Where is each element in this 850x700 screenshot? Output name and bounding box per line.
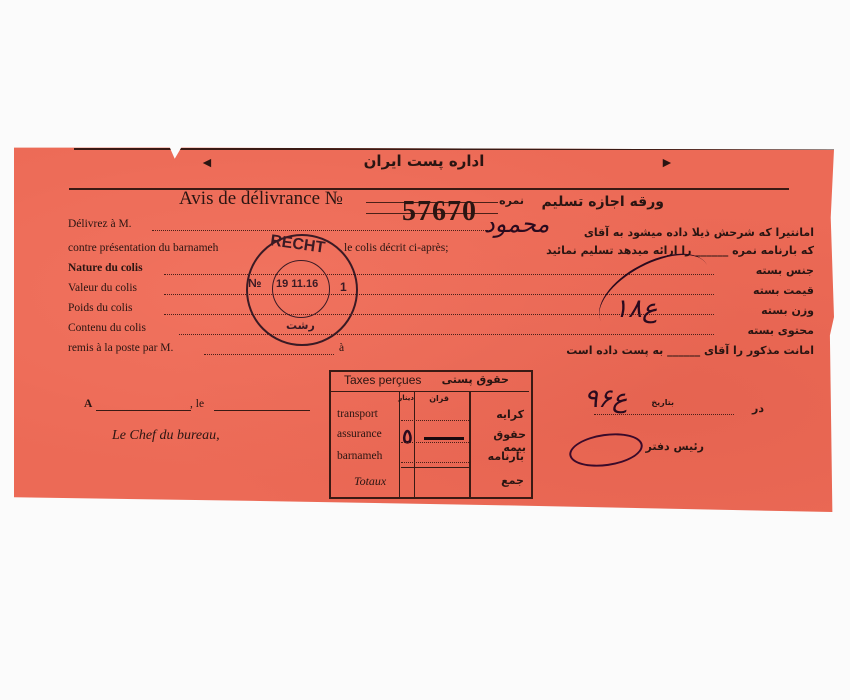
handwritten-weight: ۱۸ع <box>614 294 657 324</box>
tax-row-label: assurance <box>337 428 382 440</box>
fa-field-3: قیمت بسته <box>714 284 814 297</box>
handwritten-date: ۹۶ع <box>584 384 627 414</box>
fa-field-5: محتوی بسته <box>714 324 814 337</box>
col-dinar: دینار <box>400 394 414 402</box>
field-line <box>152 230 492 231</box>
fa-date-prefix: در <box>734 402 764 415</box>
taxes-title: Taxes perçues <box>344 373 421 387</box>
taxes-header-rule <box>331 391 529 392</box>
tax-row-label-persian: بارنامه <box>474 450 524 463</box>
postmark-no: № <box>248 276 261 290</box>
fa-field-4: وزن بسته <box>714 304 814 317</box>
col-kran: قران <box>419 394 449 403</box>
fa-field-2: جنس بسته <box>714 264 814 277</box>
date-line <box>214 410 310 411</box>
form-title: Avis de délivrance № <box>179 188 343 210</box>
field-barnameh: contre présentation du barnameh <box>68 242 218 254</box>
top-rule <box>74 148 834 150</box>
field-valeur: Valeur du colis <box>68 282 137 294</box>
date-le: , le <box>190 398 204 410</box>
col-rule <box>469 392 471 497</box>
field-remis: remis à la poste par M. <box>68 342 173 354</box>
a-label: à <box>339 342 344 354</box>
number-label-persian: نمره <box>484 194 524 207</box>
title-persian: ورقه اجازه تسلیم <box>534 194 664 210</box>
col-rule <box>399 392 400 497</box>
tax-assurance-kran <box>424 437 464 440</box>
place-a: A <box>84 398 92 410</box>
tax-line <box>401 462 469 463</box>
field-delivrez: Délivrez à M. <box>68 218 132 230</box>
tax-line <box>401 420 469 421</box>
fa-field-6: امانت مذکور را آقای ______ به پست داده ا… <box>454 344 814 357</box>
header-persian: اداره پست ایران <box>14 152 834 170</box>
tax-row-label: Totaux <box>354 474 386 489</box>
signature-scrawl <box>567 429 645 471</box>
col-rule <box>414 392 415 497</box>
field-poids: Poids du colis <box>68 302 133 314</box>
fa-field-0: امانتیرا که شرحش ذیلا داده میشود به آقای <box>514 226 814 239</box>
field-line <box>204 354 334 355</box>
handwritten-recipient: محمود <box>484 210 549 238</box>
tax-row-label: transport <box>337 408 378 420</box>
postal-form: ◄ ► اداره پست ایران Avis de délivrance №… <box>14 144 834 512</box>
colis-decrit: le colis décrit ci-après; <box>344 242 448 254</box>
tax-assurance-dinar: ٥ <box>402 424 413 448</box>
totals-rule <box>401 467 469 468</box>
tax-line <box>401 442 469 443</box>
fa-field-1: که بارنامه نمره ______ را ارائه میدهد تس… <box>484 244 814 257</box>
chef-du-bureau: Le Chef du bureau, <box>112 428 220 444</box>
taxes-title-persian: حقوق پستی <box>439 373 509 386</box>
tax-row-label-persian: کرایه <box>474 408 524 421</box>
field-nature: Nature du colis <box>68 262 143 274</box>
place-line <box>96 410 191 411</box>
fa-chef: رئیس دفتر <box>644 440 704 453</box>
postmark-city-persian: رشت <box>286 319 315 332</box>
postmark-date: 19 11.16 <box>276 278 318 290</box>
tax-row-label: barnameh <box>337 450 382 462</box>
header-rule <box>69 188 789 190</box>
tax-row-label-persian: جمع <box>474 474 524 487</box>
fa-date-label: بتاریخ <box>634 398 674 407</box>
fa-date-line <box>594 414 734 415</box>
form-number: 57670 <box>402 196 477 228</box>
postmark-number: 1 <box>340 280 347 294</box>
field-contenu: Contenu du colis <box>68 322 146 334</box>
